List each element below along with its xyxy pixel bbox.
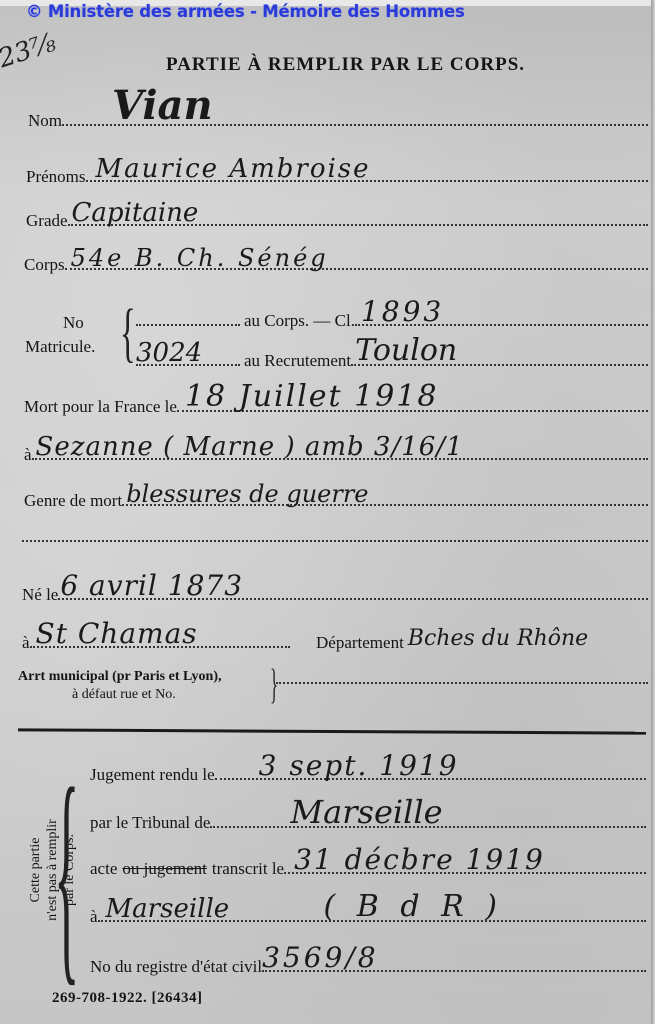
side-note-not-for-corps: Cette partie n'est pas à remplir par le … bbox=[8, 770, 98, 970]
value-registre: 3569/8 bbox=[262, 944, 379, 972]
value-date-naissance: 6 avril 1873 bbox=[60, 572, 243, 600]
label-corps: Corps bbox=[24, 256, 65, 273]
value-transcrit-date: 31 décbre 1919 bbox=[294, 846, 545, 874]
line-grade: Capitaine bbox=[68, 224, 648, 226]
field-registre: No du registre d'état civil 3569/8 bbox=[90, 958, 646, 975]
side-note-line1: Cette partie bbox=[28, 819, 45, 921]
field-matricule-corps: au Corps. — Cl. 1893 bbox=[136, 312, 648, 329]
form-print-reference: 269-708-1922. [26434] bbox=[52, 990, 202, 1007]
line-lieu-deces: Sezanne ( Marne ) amb 3/16/1 bbox=[32, 458, 648, 460]
line-ne-le: 6 avril 1873 bbox=[58, 598, 648, 600]
label-matricule: Matricule. bbox=[25, 338, 95, 355]
field-grade: Grade Capitaine bbox=[26, 212, 648, 229]
label-lieu-transcription: à bbox=[90, 908, 98, 925]
label-au-recrutement: au Recrutement bbox=[244, 352, 351, 369]
page-right-edge bbox=[651, 0, 655, 1024]
field-tribunal: par le Tribunal de Marseille bbox=[90, 814, 646, 831]
value-lieu-stamp: ( B d R ) bbox=[324, 892, 503, 922]
value-recrutement: Toulon bbox=[355, 336, 457, 366]
line-mort-pour-la-france: 18 Juillet 1918 bbox=[177, 410, 648, 412]
label-ne-le: Né le bbox=[22, 586, 58, 603]
form-heading: PARTIE À REMPLIR PAR LE CORPS. bbox=[0, 54, 655, 76]
line-transcrit: 31 décbre 1919 bbox=[284, 872, 646, 874]
label-prenoms: Prénoms bbox=[26, 168, 86, 185]
label-jugement-rendu: Jugement rendu le bbox=[90, 766, 215, 783]
value-date-deces: 18 Juillet 1918 bbox=[185, 382, 439, 412]
line-nom: Vian bbox=[62, 124, 648, 126]
line-lieu-transcription: Marseille ( B d R ) bbox=[98, 920, 646, 922]
line-classe: 1893 bbox=[355, 324, 648, 326]
line-corps: 54e B. Ch. Sénég bbox=[65, 268, 648, 270]
value-lieu-naissance: St Chamas bbox=[36, 620, 198, 648]
label-lieu-deces: à bbox=[24, 446, 32, 463]
line-tribunal: Marseille bbox=[210, 826, 646, 828]
label-registre: No du registre d'état civil bbox=[90, 958, 262, 975]
value-tribunal: Marseille bbox=[290, 796, 442, 828]
field-lieu-transcription: à Marseille ( B d R ) bbox=[90, 908, 646, 925]
line-lieu-naissance: St Chamas bbox=[30, 646, 290, 648]
value-prenoms: Maurice Ambroise bbox=[96, 156, 371, 182]
label-transcrit-acte: acte bbox=[90, 860, 117, 877]
label-genre-de-mort: Genre de mort bbox=[24, 492, 122, 509]
label-nom: Nom bbox=[28, 112, 62, 129]
line-blank bbox=[22, 540, 648, 542]
line-registre: 3569/8 bbox=[262, 970, 646, 972]
line-jugement-rendu: 3 sept. 1919 bbox=[215, 778, 646, 780]
field-lieu-deces: à Sezanne ( Marne ) amb 3/16/1 bbox=[24, 446, 648, 463]
label-matricule-no: No bbox=[63, 314, 84, 331]
line-matricule-corps bbox=[136, 324, 240, 326]
line-recrutement: Toulon bbox=[351, 364, 648, 366]
line-genre-de-mort: blessures de guerre bbox=[122, 504, 648, 506]
line-arrondissement bbox=[276, 682, 648, 684]
value-jugement-date: 3 sept. 1919 bbox=[259, 752, 459, 780]
matricule-brace: { bbox=[120, 300, 136, 366]
field-prenoms: Prénoms Maurice Ambroise bbox=[26, 168, 648, 185]
field-matricule-recrutement: 3024 au Recrutement Toulon bbox=[136, 352, 648, 369]
field-ne-le: Né le 6 avril 1873 bbox=[22, 586, 648, 603]
field-mort-pour-la-france: Mort pour la France le 18 Juillet 1918 bbox=[24, 398, 648, 415]
section-separator bbox=[18, 728, 646, 734]
label-au-corps-classe: au Corps. — Cl. bbox=[244, 312, 355, 329]
label-tribunal: par le Tribunal de bbox=[90, 814, 210, 831]
field-lieu-naissance: à St Chamas bbox=[22, 634, 290, 651]
blank-line bbox=[22, 540, 648, 545]
field-transcrit: acte ou jugement transcrit le 31 décbre … bbox=[90, 860, 646, 877]
value-matricule-number: 3024 bbox=[136, 340, 202, 366]
jugement-brace: { bbox=[54, 752, 79, 992]
field-arrondissement bbox=[276, 682, 648, 687]
value-lieu-transcription: Marseille bbox=[106, 896, 230, 922]
label-transcrit-le: transcrit le bbox=[212, 860, 284, 877]
value-lieu-deces: Sezanne ( Marne ) amb 3/16/1 bbox=[36, 434, 464, 460]
value-classe: 1893 bbox=[361, 298, 444, 326]
value-grade: Capitaine bbox=[72, 200, 199, 226]
copyright-watermark: © Ministère des armées - Mémoire des Hom… bbox=[26, 2, 465, 21]
label-arrondissement-line1: Arrt municipal (pr Paris et Lyon), bbox=[18, 670, 222, 684]
field-corps: Corps 54e B. Ch. Sénég bbox=[24, 256, 648, 273]
line-matricule-recrutement: 3024 bbox=[136, 364, 240, 366]
value-corps: 54e B. Ch. Sénég bbox=[71, 246, 329, 270]
field-nom: Nom Vian bbox=[28, 112, 648, 129]
field-genre-de-mort: Genre de mort blessures de guerre bbox=[24, 492, 648, 509]
value-genre-de-mort: blessures de guerre bbox=[126, 482, 368, 506]
label-arrondissement-line2: à défaut rue et No. bbox=[72, 688, 176, 702]
value-departement: Bches du Rhône bbox=[408, 628, 588, 650]
label-mort-pour-la-france: Mort pour la France le bbox=[24, 398, 177, 415]
field-jugement-rendu: Jugement rendu le 3 sept. 1919 bbox=[90, 766, 646, 783]
label-transcrit-struck: ou jugement bbox=[122, 860, 207, 877]
value-nom: Vian bbox=[112, 86, 213, 126]
label-grade: Grade bbox=[26, 212, 68, 229]
label-departement: Département bbox=[316, 634, 404, 651]
field-departement: Département Bches du Rhône bbox=[316, 634, 650, 651]
label-lieu-naissance: à bbox=[22, 634, 30, 651]
line-prenoms: Maurice Ambroise bbox=[86, 180, 649, 182]
